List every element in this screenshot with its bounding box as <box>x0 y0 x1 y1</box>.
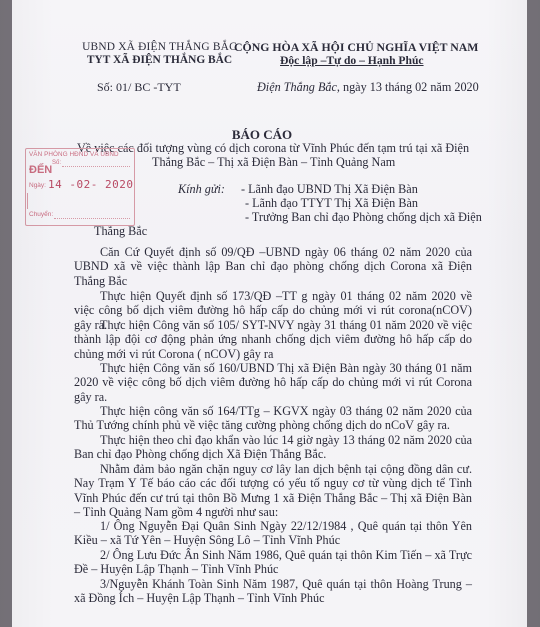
stamp-office: VĂN PHÒNG HĐND VÀ UBND <box>29 151 119 158</box>
recipient-item: - Trưởng Ban chỉ đạo Phòng chống dịch xã… <box>245 210 482 224</box>
recipient-item: - Lãnh đạo TTYT Thị Xã Điện Bàn <box>245 196 418 210</box>
recipients-label: Kính gửi: <box>178 182 225 196</box>
body-paragraph: Thực hiện công văn số 164/TTg – KGVX ngà… <box>74 404 472 433</box>
person-entry: 3/Nguyễn Khánh Toàn Sinh Năm 1987, Quê q… <box>74 577 472 606</box>
document-page: UBND XÃ ĐIỆN THẮNG BẮC TYT XÃ ĐIỆN THẮNG… <box>12 0 527 627</box>
date-value: , ngày 13 tháng 02 năm 2020 <box>337 80 479 94</box>
stamp-forward-line <box>54 218 130 219</box>
document-title: BÁO CÁO <box>12 128 512 142</box>
body-paragraph: Thực hiện theo chỉ đạo khẩn vào lúc 14 g… <box>74 433 472 462</box>
stamp-received-label: ĐẾN <box>29 164 52 176</box>
issuing-authority: UBND XÃ ĐIỆN THẮNG BẮC <box>77 40 242 54</box>
issuing-unit: TYT XÃ ĐIỆN THẮNG BẮC <box>77 53 242 67</box>
person-entry: 1/ Ông Nguyễn Đại Quân Sinh Ngày 22/12/1… <box>74 519 472 548</box>
stamp-date-label: Ngày: <box>29 182 46 189</box>
recipient-item-continuation: Thắng Bắc <box>94 224 147 238</box>
body-paragraph: Thực hiện Công văn số 160/UBND Thị xã Đi… <box>74 361 472 404</box>
body-paragraph: Căn Cứ Quyết định số 09/QĐ –UBND ngày 06… <box>74 245 472 288</box>
subject-line-1: Về việc các đối tượng vùng có dịch coron… <box>77 141 469 155</box>
date-place: Điện Thắng Bắc <box>257 80 337 94</box>
stamp-divider <box>27 193 28 209</box>
document-date: Điện Thắng Bắc, ngày 13 tháng 02 năm 202… <box>257 80 479 94</box>
stamp-number-line <box>62 166 130 167</box>
national-title: CỘNG HÒA XÃ HỘI CHỦ NGHĨA VIỆT NAM <box>234 40 478 54</box>
body-paragraph: Nhằm đảm bảo ngăn chặn nguy cơ lây lan d… <box>74 462 472 519</box>
document-number: Số: 01/ BC -TYT <box>97 80 181 94</box>
subject-line-2: Thắng Bắc – Thị xã Điện Bàn – Tỉnh Quảng… <box>152 155 395 169</box>
recipient-item: - Lãnh đạo UBND Thị Xã Điện Bàn <box>241 182 418 196</box>
stamp-number-label: Số: <box>52 160 61 166</box>
person-entry: 2/ Ông Lưu Đức Ân Sinh Năm 1986, Quê quá… <box>74 548 472 577</box>
body-paragraph: Thực hiện Công văn số 105/ SYT-NVY ngày … <box>74 318 472 361</box>
received-stamp: VĂN PHÒNG HĐND VÀ UBND Số: ĐẾN Ngày: 14 … <box>25 148 135 226</box>
stamp-date: 14 -02- 2020 <box>48 178 133 191</box>
national-motto: Độc lập –Tự do – Hạnh Phúc <box>280 54 424 68</box>
stamp-forward-label: Chuyển: <box>29 211 53 218</box>
